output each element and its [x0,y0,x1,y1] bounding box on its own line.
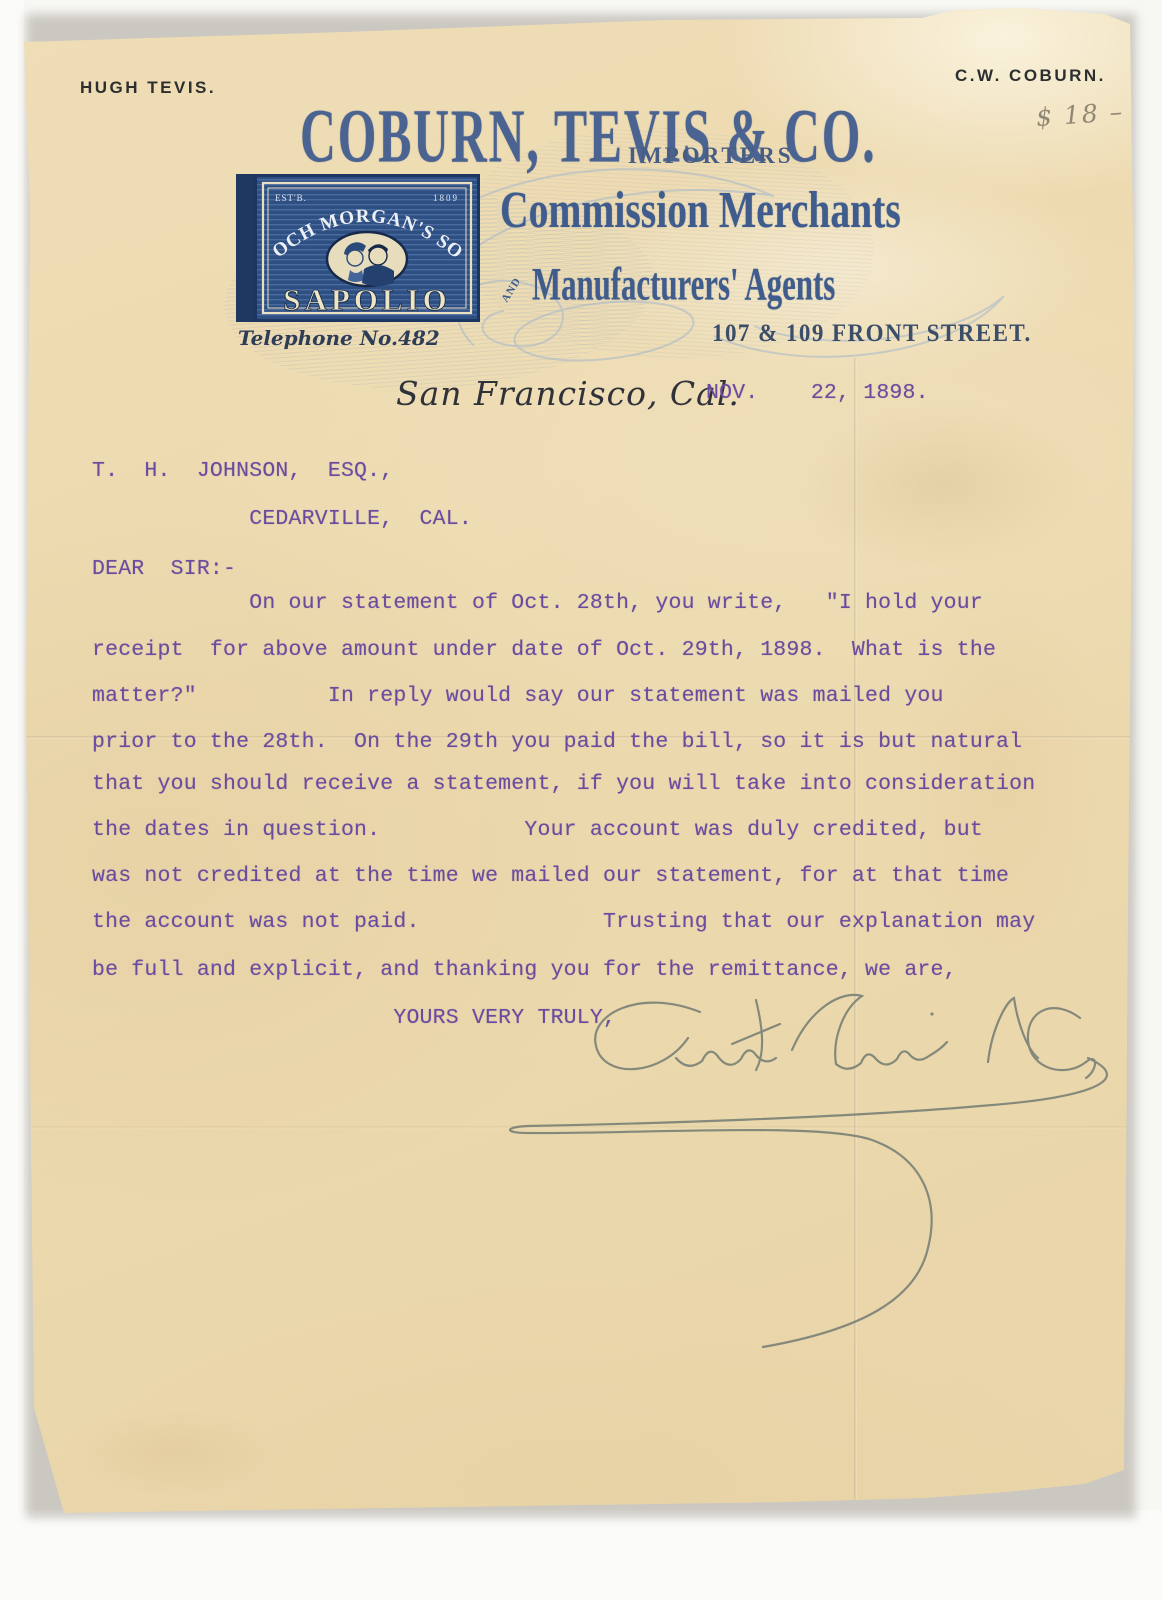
body-line: the dates in question. Your account was … [92,817,983,843]
body-line: On our statement of Oct. 28th, you write… [92,590,983,616]
logo-brand: SAPOLIO [283,282,451,317]
fold-crease-horizontal [24,1126,1136,1129]
letter-paper: HUGH TEVIS. C.W. COBURN. $ 18 – COBURN, … [24,8,1136,1514]
sapolio-logo: EST'B. 1809 ENOCH MORGAN'S SONS SAPOLIO [236,170,482,324]
owner-name-left: HUGH TEVIS. [80,78,216,98]
importers-subtitle: IMPORTERS [628,143,793,169]
logo-year: 1809 [433,193,459,203]
dateline-date: NOV. 22, 1898. [706,380,929,406]
body-line: prior to the 28th. On the 29th you paid … [92,729,1022,755]
salutation: DEAR SIR:- [92,556,236,582]
body-line: matter?" In reply would say our statemen… [92,683,944,709]
paper-stain [790,400,1090,570]
scan-background-left [0,0,24,1600]
telephone-number: Telephone No.482 [238,326,440,350]
pencil-price-note: $ 18 – [1035,97,1125,132]
body-line: the account was not paid. Trusting that … [92,909,1035,935]
logo-estb: EST'B. [275,193,307,203]
owner-name-right: C.W. COBURN. [955,66,1106,86]
paper-stain [64,1408,284,1498]
logo-box: EST'B. 1809 ENOCH MORGAN'S SONS SAPOLIO [254,174,480,322]
manufacturers-agents-line: Manufacturers' Agents [532,258,835,311]
recipient-line-1: T. H. JOHNSON, ESQ., [92,458,393,484]
signature-coburn-tevis-co [480,980,1140,1370]
body-line: be full and explicit, and thanking you f… [92,957,957,983]
and-word: AND [499,275,523,304]
street-address: 107 & 109 FRONT STREET. [712,320,1032,348]
body-line: was not credited at the time we mailed o… [92,863,1009,889]
commission-merchants-line: Commission Merchants [500,180,901,240]
dateline-place: San Francisco, Cal. [396,374,740,413]
body-line: receipt for above amount under date of O… [92,637,996,663]
scan-background-bottom [0,1510,1162,1600]
body-line: that you should receive a statement, if … [92,771,1035,797]
closing-line: YOURS VERY TRULY, [92,1005,616,1031]
recipient-line-2: CEDARVILLE, CAL. [92,506,472,532]
